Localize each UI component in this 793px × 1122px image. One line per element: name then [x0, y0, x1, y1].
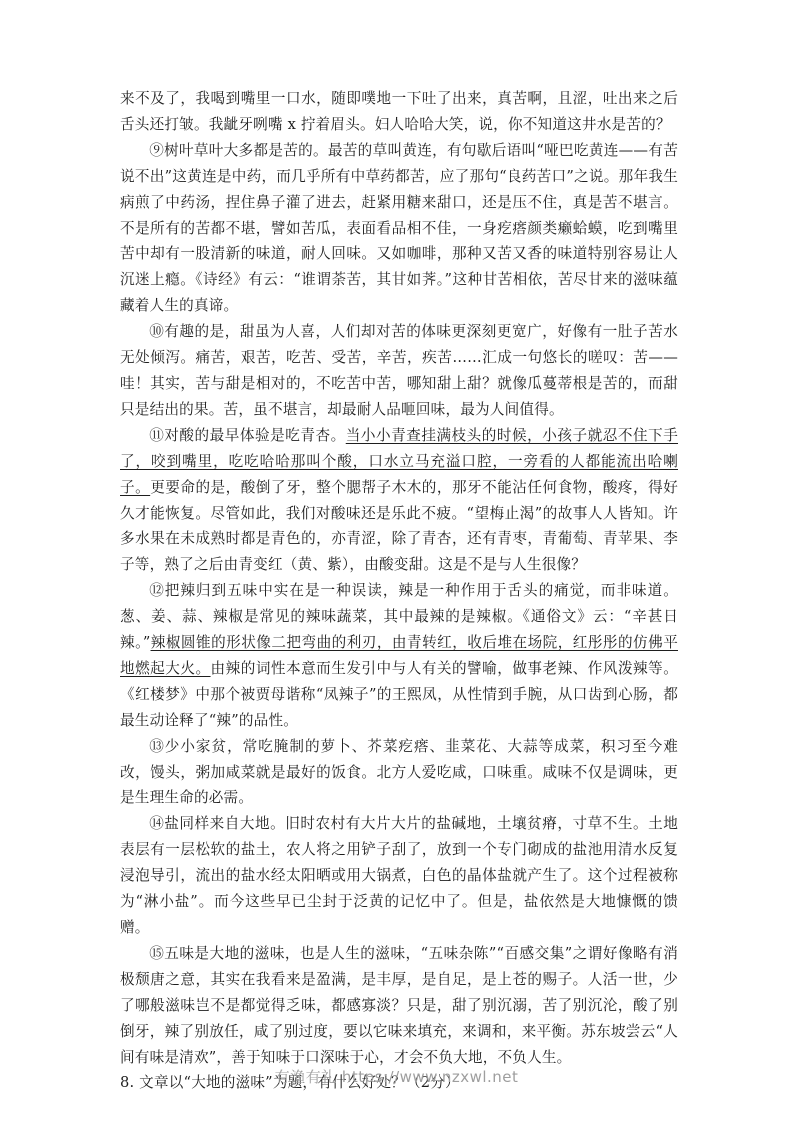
paragraph-12: ⑫把辣归到五味中实在是一种误读，辣是一种作用于舌头的痛觉，而非味道。葱、姜、蒜、… [120, 578, 678, 733]
paragraph-text: ⑩有趣的是，甜虽为人喜，人们却对苦的体味更深刻更宽广，好像有一肚子苦水无处倾泻。… [120, 323, 678, 418]
watermark-text: 有渔有礼 https://www.nzxwl.net [275, 1068, 519, 1086]
paragraph-15: ⑮五味是大地的滋味，也是人生的滋味，“五味杂陈”“百感交集”之谓好像略有消极颓唐… [120, 941, 678, 1071]
paragraph-text: ⑮五味是大地的滋味，也是人生的滋味，“五味杂陈”“百感交集”之谓好像略有消极颓唐… [120, 945, 678, 1066]
paragraph-10: ⑩有趣的是，甜虽为人喜，人们却对苦的体味更深刻更宽广，好像有一肚子苦水无处倾泻。… [120, 319, 678, 423]
paragraph-text: 更要命的是，酸倒了牙，整个腮帮子木木的，那牙不能沾任何食物，酸疼，得好久才能恢复… [120, 479, 678, 574]
article-body: 来不及了，我喝到嘴里一口水，随即噗地一下吐了出来，真苦啊，且涩，吐出来之后舌头还… [120, 86, 678, 1096]
paragraph-13: ⑬少小家贫，常吃腌制的萝卜、芥菜疙瘩、韭菜花、大蒜等成菜，积习至今难改，馒头，粥… [120, 734, 678, 812]
document-page: 来不及了，我喝到嘴里一口水，随即噗地一下吐了出来，真苦啊，且涩，吐出来之后舌头还… [0, 0, 793, 1122]
paragraph-text: ⑬少小家贫，常吃腌制的萝卜、芥菜疙瘩、韭菜花、大蒜等成菜，积习至今难改，馒头，粥… [120, 738, 678, 807]
paragraph-11: ⑪对酸的最早体验是吃青杏。当小小青查挂满枝头的时候，小孩子就忍不住下手了，咬到嘴… [120, 423, 678, 578]
watermark-footer: 有渔有礼 https://www.nzxwl.net [0, 1066, 793, 1087]
paragraph-text: 来不及了，我喝到嘴里一口水，随即噗地一下吐了出来，真苦啊，且涩，吐出来之后舌头还… [120, 90, 678, 133]
paragraph-continuation: 来不及了，我喝到嘴里一口水，随即噗地一下吐了出来，真苦啊，且涩，吐出来之后舌头还… [120, 86, 678, 138]
paragraph-9: ⑨树叶草叶大多都是苦的。最苦的草叫黄连，有句歇后语叫“哑巴吃黄连——有苦说不出”… [120, 138, 678, 319]
paragraph-text: ⑪对酸的最早体验是吃青杏。 [149, 427, 346, 444]
paragraph-14: ⑭盐同样来自大地。旧时农村有大片大片的盐碱地，土壤贫瘠，寸草不生。土地表层有一层… [120, 811, 678, 941]
paragraph-text: ⑭盐同样来自大地。旧时农村有大片大片的盐碱地，土壤贫瘠，寸草不生。土地表层有一层… [120, 815, 678, 936]
paragraph-text: ⑨树叶草叶大多都是苦的。最苦的草叫黄连，有句歇后语叫“哑巴吃黄连——有苦说不出”… [120, 142, 678, 314]
